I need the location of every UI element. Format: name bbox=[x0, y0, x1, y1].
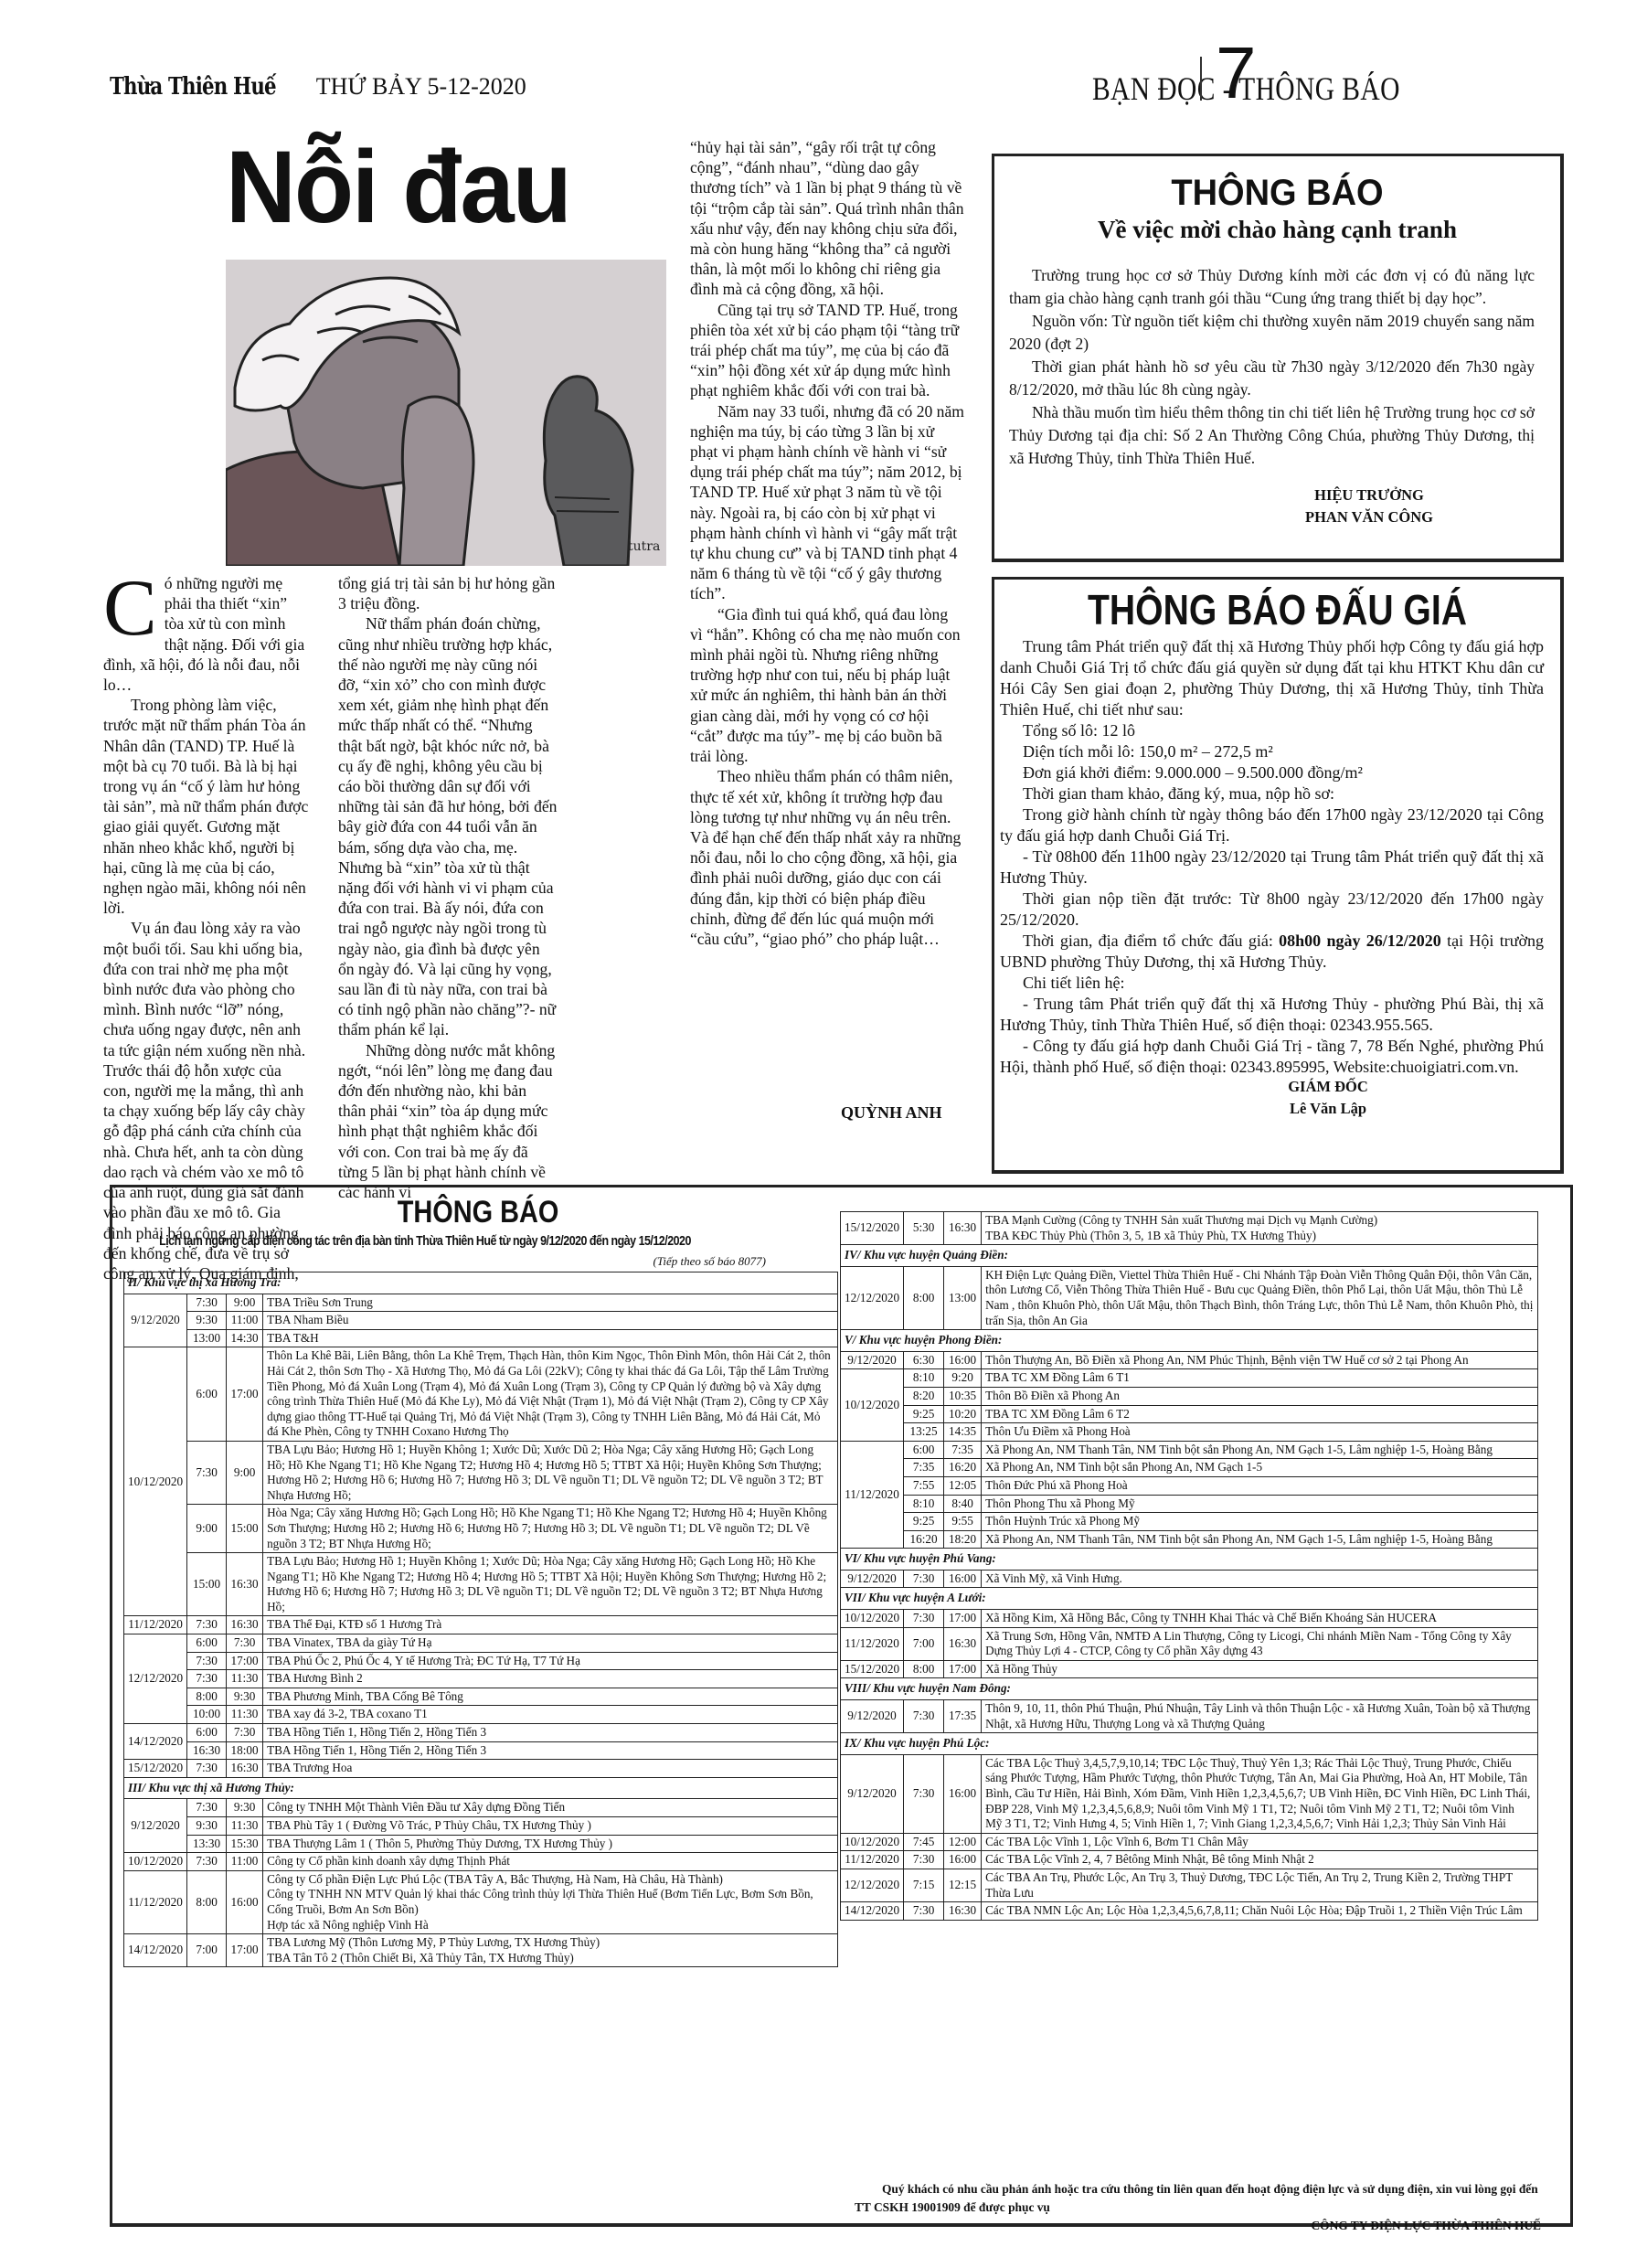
outage-start-time: 8:00 bbox=[187, 1688, 227, 1706]
outage-end-time: 9:00 bbox=[227, 1441, 263, 1504]
outage-start-time: 6:00 bbox=[187, 1724, 227, 1742]
notice-paragraph: Nguồn vốn: Từ nguồn tiết kiệm chi thường… bbox=[1009, 310, 1535, 356]
outage-end-time: 7:30 bbox=[227, 1724, 263, 1742]
outage-date: 14/12/2020 bbox=[124, 1724, 187, 1760]
outage-start-time: 7:30 bbox=[187, 1652, 227, 1670]
outage-area: TBA Thể Đại, KTĐ số 1 Hương Trà bbox=[263, 1616, 838, 1634]
outage-date: 15/12/2020 bbox=[841, 1660, 904, 1678]
outage-end-time: 12:05 bbox=[944, 1476, 982, 1495]
outage-end-time: 16:30 bbox=[944, 1627, 982, 1660]
outage-area: TBA Hồng Tiến 1, Hồng Tiến 2, Hồng Tiến … bbox=[263, 1741, 838, 1760]
outage-area: TBA TC XM Đồng Lâm 6 T1 bbox=[982, 1369, 1538, 1388]
notice-bid-box: THÔNG BÁO Về việc mời chào hàng cạnh tra… bbox=[992, 154, 1564, 562]
outage-date: 9/12/2020 bbox=[124, 1294, 187, 1347]
outage-end-time: 16:30 bbox=[227, 1616, 263, 1634]
notice-paragraph: Thời gian nộp tiền đặt trước: Từ 8h00 ng… bbox=[1000, 889, 1544, 931]
region-header-row: IX/ Khu vực huyện Phú Lộc: bbox=[841, 1733, 1538, 1755]
outage-date: 14/12/2020 bbox=[841, 1902, 904, 1921]
notice-bid-title: THÔNG BÁO bbox=[1008, 173, 1546, 214]
outage-end-time: 7:30 bbox=[227, 1634, 263, 1653]
article-paragraph: Theo nhiều thẩm phán có thâm niên, thực … bbox=[690, 766, 964, 949]
outage-start-time: 10:00 bbox=[187, 1706, 227, 1724]
region-label: VIII/ Khu vực huyện Nam Đông: bbox=[841, 1678, 1538, 1700]
outage-start-time: 7:30 bbox=[187, 1616, 227, 1634]
outage-date: 11/12/2020 bbox=[841, 1851, 904, 1869]
header-divider bbox=[1200, 57, 1202, 101]
table-row: 16:2018:20Xã Phong An, NM Thanh Tân, NM … bbox=[841, 1530, 1538, 1549]
outage-date: 10/12/2020 bbox=[124, 1853, 187, 1871]
outage-area: Công ty TNHH Một Thành Viên Đầu tư Xây d… bbox=[263, 1799, 838, 1817]
outage-company: CÔNG TY ĐIỆN LỰC THỪA THIÊN HUẾ bbox=[1312, 2219, 1542, 2233]
notice-paragraph: Thời gian phát hành hồ sơ yêu cầu từ 7h3… bbox=[1009, 356, 1535, 401]
outage-end-time: 9:00 bbox=[227, 1294, 263, 1312]
outage-end-time: 18:00 bbox=[227, 1741, 263, 1760]
outage-area: Thôn Phong Thu xã Phong Mỹ bbox=[982, 1495, 1538, 1513]
outage-footer-note: Quý khách có nhu cầu phản ánh hoặc tra c… bbox=[855, 2180, 1549, 2217]
newspaper-brand: Thừa Thiên Huế bbox=[110, 73, 276, 101]
outage-date: 9/12/2020 bbox=[124, 1799, 187, 1853]
outage-start-time: 13:30 bbox=[187, 1835, 227, 1853]
outage-area: Các TBA Lộc Vĩnh 1, Lộc Vĩnh 6, Bơm T1 C… bbox=[982, 1833, 1538, 1851]
region-label: VI/ Khu vực huyện Phú Vang: bbox=[841, 1549, 1538, 1571]
table-row: 9:2510:20TBA TC XM Đồng Lâm 6 T2 bbox=[841, 1405, 1538, 1423]
outage-start-time: 7:30 bbox=[187, 1760, 227, 1778]
outage-start-time: 7:15 bbox=[904, 1869, 944, 1901]
table-row: 7:3516:20Xã Phong An, NM Tinh bột sắn Ph… bbox=[841, 1459, 1538, 1477]
notice-paragraph: - Công ty đấu giá hợp danh Chuỗi Giá Trị… bbox=[1000, 1036, 1544, 1078]
table-row: 9/12/20207:3017:35Thôn 9, 10, 11, thôn P… bbox=[841, 1700, 1538, 1733]
outage-date: 15/12/2020 bbox=[124, 1760, 187, 1778]
table-row: 12/12/20207:1512:15Các TBA An Trụ, Phước… bbox=[841, 1869, 1538, 1901]
outage-start-time: 8:10 bbox=[904, 1369, 944, 1388]
outage-end-time: 16:00 bbox=[944, 1754, 982, 1833]
table-row: 7:3017:00TBA Phú Ốc 2, Phú Ốc 4, Y tế Hư… bbox=[124, 1652, 838, 1670]
notice-paragraph: Nhà thầu muốn tìm hiểu thêm thông tin ch… bbox=[1009, 401, 1535, 470]
outage-date: 14/12/2020 bbox=[124, 1934, 187, 1967]
outage-end-time: 17:00 bbox=[944, 1660, 982, 1678]
table-row: 15/12/20208:0017:00Xã Hồng Thủy bbox=[841, 1660, 1538, 1678]
outage-start-time: 7:30 bbox=[904, 1851, 944, 1869]
table-row: 10:0011:30TBA xay đá 3-2, TBA coxano T1 bbox=[124, 1706, 838, 1724]
table-row: 10/12/20208:109:20TBA TC XM Đồng Lâm 6 T… bbox=[841, 1369, 1538, 1388]
table-row: 14/12/20207:3016:30Các TBA NMN Lộc An; L… bbox=[841, 1902, 1538, 1921]
outage-area: TBA Trương Hoa bbox=[263, 1760, 838, 1778]
outage-end-time: 10:20 bbox=[944, 1405, 982, 1423]
outage-date: 9/12/2020 bbox=[841, 1570, 904, 1588]
outage-start-time: 15:00 bbox=[187, 1553, 227, 1616]
svg-text:tutra: tutra bbox=[628, 539, 660, 554]
article-paragraph: Những dòng nước mắt không ngớt, “nói lên… bbox=[338, 1040, 558, 1203]
auction-time-highlight: 08h00 ngày 26/12/2020 bbox=[1279, 932, 1441, 950]
outage-start-time: 7:30 bbox=[904, 1570, 944, 1588]
outage-date: 10/12/2020 bbox=[841, 1610, 904, 1628]
outage-start-time: 9:30 bbox=[187, 1312, 227, 1330]
outage-end-time: 16:20 bbox=[944, 1459, 982, 1477]
article-paragraph: Trong phòng làm việc, trước mặt nữ thẩm … bbox=[103, 695, 309, 918]
issue-date: THỨ BẢY 5-12-2020 bbox=[316, 73, 526, 101]
outage-area: Công ty Cổ phần kinh doanh xây dựng Thịn… bbox=[263, 1853, 838, 1871]
region-label: VII/ Khu vực huyện A Lưới: bbox=[841, 1588, 1538, 1610]
outage-start-time: 13:00 bbox=[187, 1329, 227, 1347]
outage-area: TBA Vinatex, TBA da giày Tứ Hạ bbox=[263, 1634, 838, 1653]
table-row: 9:0015:00Hòa Nga; Cây xăng Hương Hồ; Gạc… bbox=[124, 1505, 838, 1553]
outage-start-time: 9:30 bbox=[187, 1817, 227, 1836]
power-outage-notice: THÔNG BÁO Lịch tạm ngừng cấp điện công t… bbox=[110, 1185, 1573, 2227]
table-row: 11/12/20208:0016:00Công ty Cổ phần Điện … bbox=[124, 1870, 838, 1933]
outage-start-time: 7:30 bbox=[187, 1670, 227, 1688]
outage-start-time: 16:20 bbox=[904, 1530, 944, 1549]
outage-area: TBA Lựu Bảo; Hương Hồ 1; Huyền Không 1; … bbox=[263, 1553, 838, 1616]
table-row: 11/12/20207:3016:30TBA Thể Đại, KTĐ số 1… bbox=[124, 1616, 838, 1634]
outage-end-time: 16:00 bbox=[944, 1570, 982, 1588]
outage-start-time: 7:30 bbox=[187, 1799, 227, 1817]
outage-end-time: 7:35 bbox=[944, 1441, 982, 1459]
outage-area: TBA Triều Sơn Trung bbox=[263, 1294, 838, 1312]
outage-area: TBA Lương Mỹ (Thôn Lương Mỹ, P Thủy Lươn… bbox=[263, 1934, 838, 1967]
outage-area: KH Điện Lực Quảng Điền, Viettel Thừa Thi… bbox=[982, 1266, 1538, 1329]
article-paragraph: Cũng tại trụ sở TAND TP. Huế, trong phiê… bbox=[690, 300, 964, 401]
outage-area: Xã Vinh Mỹ, xã Vinh Hưng. bbox=[982, 1570, 1538, 1588]
region-label: IV/ Khu vực huyện Quảng Điền: bbox=[841, 1245, 1538, 1267]
outage-end-time: 14:30 bbox=[227, 1329, 263, 1347]
region-header-row: IV/ Khu vực huyện Quảng Điền: bbox=[841, 1245, 1538, 1267]
outage-start-time: 16:30 bbox=[187, 1741, 227, 1760]
notice-auction-body: Trung tâm Phát triển quỹ đất thị xã Hươn… bbox=[994, 636, 1560, 1078]
outage-area: Thôn Bồ Điền xã Phong An bbox=[982, 1387, 1538, 1405]
notice-paragraph: Trong giờ hành chính từ ngày thông báo đ… bbox=[1000, 804, 1544, 847]
outage-end-time: 16:30 bbox=[944, 1212, 982, 1245]
outage-title: THÔNG BÁO bbox=[167, 1195, 789, 1230]
outage-date: 12/12/2020 bbox=[841, 1869, 904, 1901]
outage-area: Các TBA An Trụ, Phước Lộc, An Trụ 3, Thu… bbox=[982, 1869, 1538, 1901]
outage-end-time: 9:30 bbox=[227, 1799, 263, 1817]
outage-start-time: 8:00 bbox=[904, 1266, 944, 1329]
outage-end-time: 17:00 bbox=[227, 1934, 263, 1967]
signer-title: HIỆU TRƯỞNG bbox=[1259, 484, 1479, 506]
outage-end-time: 11:00 bbox=[227, 1853, 263, 1871]
table-row: 10/12/20207:4512:00Các TBA Lộc Vĩnh 1, L… bbox=[841, 1833, 1538, 1851]
outage-table-right: 15/12/20205:3016:30TBA Mạnh Cường (Công … bbox=[840, 1211, 1538, 1921]
outage-area: TBA Hồng Tiến 1, Hồng Tiến 2, Hồng Tiến … bbox=[263, 1724, 838, 1742]
outage-start-time: 7:30 bbox=[904, 1700, 944, 1733]
outage-area: Xã Phong An, NM Thanh Tân, NM Tinh bột s… bbox=[982, 1441, 1538, 1459]
table-row: 10/12/20206:0017:00Thôn La Khê Bãi, Liên… bbox=[124, 1347, 838, 1442]
outage-start-time: 6:30 bbox=[904, 1351, 944, 1369]
outage-area: Xã Hồng Thủy bbox=[982, 1660, 1538, 1678]
region-label: V/ Khu vực huyện Phong Điền: bbox=[841, 1330, 1538, 1352]
table-row: 11/12/20207:3016:00Các TBA Lộc Vĩnh 2, 4… bbox=[841, 1851, 1538, 1869]
table-row: 11/12/20206:007:35Xã Phong An, NM Thanh … bbox=[841, 1441, 1538, 1459]
article-paragraph: “Gia đình tui quá khổ, quá đau lòng vì “… bbox=[690, 604, 964, 767]
notice-bid-body: Trường trung học cơ sở Thủy Dương kính m… bbox=[994, 264, 1560, 470]
outage-start-time: 9:25 bbox=[904, 1513, 944, 1531]
outage-area: Các TBA NMN Lộc An; Lộc Hòa 1,2,3,4,5,6,… bbox=[982, 1902, 1538, 1921]
table-row: 10/12/20207:3011:00Công ty Cổ phần kinh … bbox=[124, 1853, 838, 1871]
outage-start-time: 8:10 bbox=[904, 1495, 944, 1513]
outage-start-time: 7:30 bbox=[904, 1754, 944, 1833]
outage-date: 10/12/2020 bbox=[841, 1369, 904, 1441]
article-illustration: tutra bbox=[226, 260, 666, 566]
outage-date: 15/12/2020 bbox=[841, 1212, 904, 1245]
outage-start-time: 7:00 bbox=[904, 1627, 944, 1660]
table-row: 7:3011:30TBA Hương Bình 2 bbox=[124, 1670, 838, 1688]
outage-end-time: 18:20 bbox=[944, 1530, 982, 1549]
outage-area: TBA Phú Ốc 2, Phú Ốc 4, Y tế Hương Trà; … bbox=[263, 1652, 838, 1670]
outage-end-time: 16:30 bbox=[227, 1760, 263, 1778]
outage-area: TBA Mạnh Cường (Công ty TNHH Sản xuất Th… bbox=[982, 1212, 1538, 1245]
notice-auction-title: THÔNG BÁO ĐẤU GIÁ bbox=[1036, 585, 1517, 634]
outage-start-time: 7:30 bbox=[904, 1902, 944, 1921]
outage-start-time: 6:00 bbox=[904, 1441, 944, 1459]
outage-area: Công ty Cổ phần Điện Lực Phú Lộc (TBA Tâ… bbox=[263, 1870, 838, 1933]
outage-end-time: 17:35 bbox=[944, 1700, 982, 1733]
outage-date: 9/12/2020 bbox=[841, 1700, 904, 1733]
outage-end-time: 17:00 bbox=[944, 1610, 982, 1628]
table-row: 16:3018:00TBA Hồng Tiến 1, Hồng Tiến 2, … bbox=[124, 1741, 838, 1760]
notice-auction-signature: GIÁM ĐỐC Lê Văn Lập bbox=[1223, 1076, 1433, 1120]
outage-start-time: 6:00 bbox=[187, 1634, 227, 1653]
outage-date: 9/12/2020 bbox=[841, 1351, 904, 1369]
table-row: 15:0016:30TBA Lựu Bảo; Hương Hồ 1; Huyền… bbox=[124, 1553, 838, 1616]
notice-paragraph: Thời gian, địa điểm tổ chức đấu giá: 08h… bbox=[1000, 931, 1544, 973]
outage-area: Xã Phong An, NM Thanh Tân, NM Tinh bột s… bbox=[982, 1530, 1538, 1549]
outage-end-time: 11:30 bbox=[227, 1706, 263, 1724]
table-row: 13:2514:35Thôn Ưu Điềm xã Phong Hoà bbox=[841, 1423, 1538, 1442]
outage-area: Thôn 9, 10, 11, thôn Phú Thuận, Phú Nhuậ… bbox=[982, 1700, 1538, 1733]
outage-area: Xã Hồng Kim, Xã Hồng Bắc, Công ty TNHH K… bbox=[982, 1610, 1538, 1628]
outage-area: Thôn La Khê Bãi, Liên Bằng, thôn La Khê … bbox=[263, 1347, 838, 1442]
outage-area: Hòa Nga; Cây xăng Hương Hồ; Gạch Long Hồ… bbox=[263, 1505, 838, 1553]
outage-subtitle: Lịch tạm ngừng cấp điện công tác trên đị… bbox=[122, 1233, 728, 1249]
table-row: 11/12/20207:0016:30Xã Trung Sơn, Hồng Vâ… bbox=[841, 1627, 1538, 1660]
outage-start-time: 13:25 bbox=[904, 1423, 944, 1442]
outage-continued-note: (Tiếp theo số báo 8077) bbox=[653, 1254, 767, 1269]
table-row: 13:3015:30TBA Thượng Lâm 1 ( Thôn 5, Phư… bbox=[124, 1835, 838, 1853]
outage-end-time: 9:30 bbox=[227, 1688, 263, 1706]
notice-paragraph: - Từ 08h00 đến 11h00 ngày 23/12/2020 tại… bbox=[1000, 847, 1544, 889]
outage-area: TBA xay đá 3-2, TBA coxano T1 bbox=[263, 1706, 838, 1724]
notice-paragraph: Chi tiết liên hệ: bbox=[1000, 973, 1544, 994]
outage-end-time: 16:30 bbox=[944, 1902, 982, 1921]
outage-area: TBA Lựu Bảo; Hương Hồ 1; Huyền Không 1; … bbox=[263, 1441, 838, 1504]
outage-end-time: 16:00 bbox=[944, 1351, 982, 1369]
signer-title: GIÁM ĐỐC bbox=[1223, 1076, 1433, 1098]
article-paragraph: “hủy hại tài sản”, “gây rối trật tự công… bbox=[690, 137, 964, 300]
notice-paragraph: Diện tích mỗi lô: 150,0 m² – 272,5 m² bbox=[1000, 741, 1544, 762]
outage-area: TBA Phù Tây 1 ( Đường Võ Trác, P Thủy Ch… bbox=[263, 1817, 838, 1836]
notice-paragraph: Tổng số lô: 12 lô bbox=[1000, 720, 1544, 741]
table-row: 12/12/20206:007:30TBA Vinatex, TBA da gi… bbox=[124, 1634, 838, 1653]
table-row: 15/12/20207:3016:30TBA Trương Hoa bbox=[124, 1760, 838, 1778]
region-label: II/ Khu vực thị xã Hương Trà: bbox=[124, 1272, 838, 1294]
outage-end-time: 12:15 bbox=[944, 1869, 982, 1901]
outage-date: 11/12/2020 bbox=[124, 1870, 187, 1933]
outage-start-time: 8:20 bbox=[904, 1387, 944, 1405]
article-paragraph: Năm nay 33 tuổi, nhưng đã có 20 năm nghi… bbox=[690, 401, 964, 604]
table-row: 12/12/20208:0013:00KH Điện Lực Quảng Điề… bbox=[841, 1266, 1538, 1329]
outage-start-time: 7:30 bbox=[187, 1441, 227, 1504]
notice-paragraph: Trung tâm Phát triển quỹ đất thị xã Hươn… bbox=[1000, 636, 1544, 720]
outage-start-time: 7:30 bbox=[187, 1294, 227, 1312]
outage-start-time: 9:00 bbox=[187, 1505, 227, 1553]
drop-cap: C bbox=[103, 577, 157, 641]
table-row: 9:3011:00TBA Nham Biều bbox=[124, 1312, 838, 1330]
outage-date: 11/12/2020 bbox=[841, 1627, 904, 1660]
region-header-row: V/ Khu vực huyện Phong Điền: bbox=[841, 1330, 1538, 1352]
outage-area: TBA Hương Bình 2 bbox=[263, 1670, 838, 1688]
region-header-row: VII/ Khu vực huyện A Lưới: bbox=[841, 1588, 1538, 1610]
outage-date: 10/12/2020 bbox=[841, 1833, 904, 1851]
table-row: 8:009:30TBA Phương Minh, TBA Cống Bê Tôn… bbox=[124, 1688, 838, 1706]
article-column-1: Có những người mẹ phải tha thiết “xin” t… bbox=[103, 573, 309, 1283]
outage-end-time: 12:00 bbox=[944, 1833, 982, 1851]
outage-date: 9/12/2020 bbox=[841, 1754, 904, 1833]
table-row: 7:309:00TBA Lựu Bảo; Hương Hồ 1; Huyền K… bbox=[124, 1441, 838, 1504]
outage-area: TBA Phương Minh, TBA Cống Bê Tông bbox=[263, 1688, 838, 1706]
outage-date: 11/12/2020 bbox=[124, 1616, 187, 1634]
outage-area: Xã Trung Sơn, Hồng Vân, NMTĐ A Lin Thượn… bbox=[982, 1627, 1538, 1660]
article-paragraph: tổng giá trị tài sản bị hư hỏng gần 3 tr… bbox=[338, 573, 558, 613]
outage-end-time: 11:30 bbox=[227, 1670, 263, 1688]
outage-area: Thôn Huỳnh Trúc xã Phong Mỹ bbox=[982, 1513, 1538, 1531]
notice-paragraph: Thời gian tham khảo, đăng ký, mua, nộp h… bbox=[1000, 783, 1544, 804]
outage-end-time: 11:30 bbox=[227, 1817, 263, 1836]
article-headline: Nỗi đau bbox=[226, 137, 570, 238]
outage-date: 10/12/2020 bbox=[124, 1347, 187, 1616]
signer-name: PHAN VĂN CÔNG bbox=[1259, 506, 1479, 528]
outage-end-time: 15:00 bbox=[227, 1505, 263, 1553]
outage-area: TBA T&H bbox=[263, 1329, 838, 1347]
table-row: 9/12/20206:3016:00Thôn Thượng An, Bồ Điề… bbox=[841, 1351, 1538, 1369]
outage-area: TBA Nham Biều bbox=[263, 1312, 838, 1330]
article-paragraph: Nữ thẩm phán đoán chừng, cũng như nhiều … bbox=[338, 613, 558, 1039]
outage-start-time: 7:30 bbox=[187, 1853, 227, 1871]
table-row: 13:0014:30TBA T&H bbox=[124, 1329, 838, 1347]
outage-end-time: 9:55 bbox=[944, 1513, 982, 1531]
outage-start-time: 7:00 bbox=[187, 1934, 227, 1967]
region-label: IX/ Khu vực huyện Phú Lộc: bbox=[841, 1733, 1538, 1755]
outage-end-time: 11:00 bbox=[227, 1312, 263, 1330]
notice-paragraph: Đơn giá khởi điểm: 9.000.000 – 9.500.000… bbox=[1000, 762, 1544, 783]
notice-bid-subtitle: Về việc mời chào hàng cạnh tranh bbox=[994, 216, 1560, 244]
article-byline: QUỲNH ANH bbox=[841, 1103, 942, 1123]
table-row: 9/12/20207:309:30Công ty TNHH Một Thành … bbox=[124, 1799, 838, 1817]
outage-start-time: 7:30 bbox=[904, 1610, 944, 1628]
table-row: 9/12/20207:3016:00Các TBA Lộc Thuỷ 3,4,5… bbox=[841, 1754, 1538, 1833]
outage-area: TBA Thượng Lâm 1 ( Thôn 5, Phường Thủy D… bbox=[263, 1835, 838, 1853]
region-header-row: II/ Khu vực thị xã Hương Trà: bbox=[124, 1272, 838, 1294]
outage-end-time: 13:00 bbox=[944, 1266, 982, 1329]
page-number: 7 bbox=[1216, 37, 1257, 110]
notice-paragraph: - Trung tâm Phát triển quỹ đất thị xã Hư… bbox=[1000, 994, 1544, 1036]
outage-area: Xã Phong An, NM Tinh bột sắn Phong An, N… bbox=[982, 1459, 1538, 1477]
outage-date: 12/12/2020 bbox=[124, 1634, 187, 1724]
outage-start-time: 8:00 bbox=[904, 1660, 944, 1678]
masthead: Thừa Thiên Huế THỨ BẢY 5-12-2020 bbox=[110, 73, 526, 110]
region-label: III/ Khu vực thị xã Hương Thủy: bbox=[124, 1777, 838, 1799]
outage-end-time: 15:30 bbox=[227, 1835, 263, 1853]
table-row: 9/12/20207:3016:00Xã Vinh Mỹ, xã Vinh Hư… bbox=[841, 1570, 1538, 1588]
outage-end-time: 16:30 bbox=[227, 1553, 263, 1616]
outage-area: Thôn Thượng An, Bồ Điền xã Phong An, NM … bbox=[982, 1351, 1538, 1369]
outage-end-time: 17:00 bbox=[227, 1347, 263, 1442]
outage-date: 12/12/2020 bbox=[841, 1266, 904, 1329]
table-row: 10/12/20207:3017:00Xã Hồng Kim, Xã Hồng … bbox=[841, 1610, 1538, 1628]
notice-bid-signature: HIỆU TRƯỞNG PHAN VĂN CÔNG bbox=[1259, 484, 1479, 528]
notice-auction-box: THÔNG BÁO ĐẤU GIÁ Trung tâm Phát triển q… bbox=[992, 577, 1564, 1174]
table-row: 8:2010:35Thôn Bồ Điền xã Phong An bbox=[841, 1387, 1538, 1405]
region-header-row: VI/ Khu vực huyện Phú Vang: bbox=[841, 1549, 1538, 1571]
outage-area: Thôn Ưu Điềm xã Phong Hoà bbox=[982, 1423, 1538, 1442]
outage-area: Thôn Đức Phú xã Phong Hoà bbox=[982, 1476, 1538, 1495]
outage-end-time: 8:40 bbox=[944, 1495, 982, 1513]
region-header-row: III/ Khu vực thị xã Hương Thủy: bbox=[124, 1777, 838, 1799]
article-column-2: tổng giá trị tài sản bị hư hỏng gần 3 tr… bbox=[338, 573, 558, 1202]
grieving-mother-illustration-icon: tutra bbox=[226, 260, 666, 566]
table-row: 14/12/20206:007:30TBA Hồng Tiến 1, Hồng … bbox=[124, 1724, 838, 1742]
outage-end-time: 17:00 bbox=[227, 1652, 263, 1670]
outage-area: Các TBA Lộc Vĩnh 2, 4, 7 Bêtông Minh Nhậ… bbox=[982, 1851, 1538, 1869]
notice-paragraph: Trường trung học cơ sở Thủy Dương kính m… bbox=[1009, 264, 1535, 310]
table-row: 9:259:55Thôn Huỳnh Trúc xã Phong Mỹ bbox=[841, 1513, 1538, 1531]
outage-table-left: II/ Khu vực thị xã Hương Trà:9/12/20207:… bbox=[123, 1272, 838, 1967]
outage-start-time: 7:45 bbox=[904, 1833, 944, 1851]
outage-end-time: 16:00 bbox=[944, 1851, 982, 1869]
outage-start-time: 6:00 bbox=[187, 1347, 227, 1442]
article-column-3: “hủy hại tài sản”, “gây rối trật tự công… bbox=[690, 137, 964, 949]
outage-end-time: 9:20 bbox=[944, 1369, 982, 1388]
table-row: 7:5512:05Thôn Đức Phú xã Phong Hoà bbox=[841, 1476, 1538, 1495]
table-row: 9/12/20207:309:00TBA Triều Sơn Trung bbox=[124, 1294, 838, 1312]
table-row: 8:108:40Thôn Phong Thu xã Phong Mỹ bbox=[841, 1495, 1538, 1513]
table-row: 9:3011:30TBA Phù Tây 1 ( Đường Võ Trác, … bbox=[124, 1817, 838, 1836]
article-lead: Có những người mẹ phải tha thiết “xin” t… bbox=[103, 573, 309, 695]
outage-end-time: 10:35 bbox=[944, 1387, 982, 1405]
outage-start-time: 9:25 bbox=[904, 1405, 944, 1423]
outage-start-time: 7:55 bbox=[904, 1476, 944, 1495]
signer-name: Lê Văn Lập bbox=[1223, 1098, 1433, 1120]
table-row: 15/12/20205:3016:30TBA Mạnh Cường (Công … bbox=[841, 1212, 1538, 1245]
outage-area: TBA TC XM Đồng Lâm 6 T2 bbox=[982, 1405, 1538, 1423]
outage-date: 11/12/2020 bbox=[841, 1441, 904, 1549]
outage-end-time: 16:00 bbox=[227, 1870, 263, 1933]
region-header-row: VIII/ Khu vực huyện Nam Đông: bbox=[841, 1678, 1538, 1700]
table-row: 14/12/20207:0017:00TBA Lương Mỹ (Thôn Lư… bbox=[124, 1934, 838, 1967]
outage-start-time: 5:30 bbox=[904, 1212, 944, 1245]
outage-area: Các TBA Lộc Thuỷ 3,4,5,7,9,10,14; TĐC Lộ… bbox=[982, 1754, 1538, 1833]
outage-start-time: 8:00 bbox=[187, 1870, 227, 1933]
outage-end-time: 14:35 bbox=[944, 1423, 982, 1442]
outage-start-time: 7:35 bbox=[904, 1459, 944, 1477]
